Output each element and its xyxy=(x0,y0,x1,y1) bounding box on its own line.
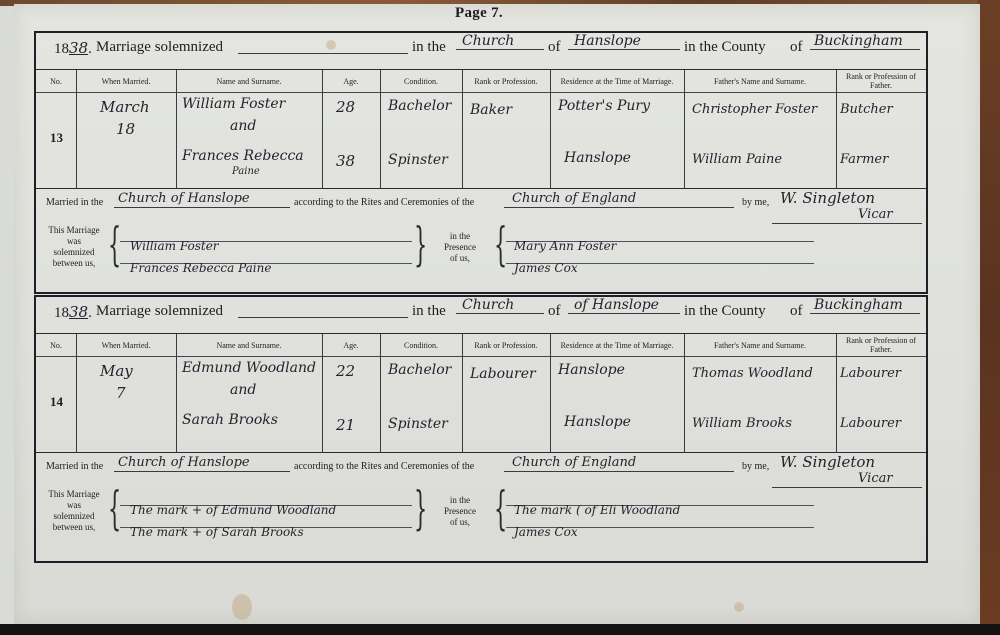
column-header: No. xyxy=(36,70,76,92)
county: Buckingham xyxy=(814,297,903,313)
column-divider xyxy=(176,70,177,188)
groom-condition: Bachelor xyxy=(388,98,451,114)
married-in-value: Church of Hanslope xyxy=(118,455,250,470)
column-header: Father's Name and Surname. xyxy=(684,334,836,356)
married-in-label: Married in the xyxy=(46,461,103,472)
column-header: Condition. xyxy=(380,70,462,92)
witness-2: James Cox xyxy=(514,525,578,539)
groom-father-rank: Labourer xyxy=(840,366,901,381)
solemnized-line xyxy=(238,37,408,54)
column-divider xyxy=(462,70,463,188)
witness-1: The mark ( of Eli Woodland xyxy=(514,503,680,517)
bride-father-name: William Brooks xyxy=(692,416,792,431)
column-divider xyxy=(322,70,323,188)
party-line-1: William Foster xyxy=(120,241,412,242)
entry-table: No.When Married.Name and Surname.Age.Con… xyxy=(36,333,926,334)
married-in-field: Church of Hanslope xyxy=(114,191,290,208)
bride-residence: Hanslope xyxy=(564,414,631,430)
column-divider xyxy=(76,334,77,452)
parish-line: of Hanslope xyxy=(568,297,680,314)
column-header: Age. xyxy=(322,334,380,356)
groom-rank: Baker xyxy=(470,102,512,118)
married-in-line: Married in the Church of Hanslope accord… xyxy=(36,189,926,215)
solemnized-label: Marriage solemnized xyxy=(96,303,223,320)
place-type: Church xyxy=(462,33,514,49)
column-header: Residence at the Time of Marriage. xyxy=(550,334,684,356)
entry-year: 1838. xyxy=(54,39,92,58)
party-line-1: The mark + of Edmund Woodland xyxy=(120,505,412,506)
column-header: When Married. xyxy=(76,334,176,356)
witness-brace: { xyxy=(494,485,507,531)
when-married-day: 7 xyxy=(116,384,126,402)
between-us-label: This Marriagewassolemnizedbetween us, xyxy=(40,489,108,533)
officiant-line: Vicar xyxy=(772,471,922,488)
entry-number: 14 xyxy=(50,394,63,410)
marriage-entry: 1838. Marriage solemnized in the Church … xyxy=(34,295,928,563)
witness-line-2: James Cox xyxy=(506,263,814,264)
column-divider xyxy=(684,334,685,452)
officiant-name: W. Singleton xyxy=(780,453,875,471)
paper-stain xyxy=(232,594,252,620)
witness-line-1: Mary Ann Foster xyxy=(506,241,814,242)
rites-value: Church of England xyxy=(512,191,636,206)
column-header: Age. xyxy=(322,70,380,92)
officiant-title: Vicar xyxy=(858,207,893,222)
groom-name: William Foster xyxy=(182,96,285,112)
table-row: 13 March 18 William Foster and Frances R… xyxy=(36,92,926,189)
groom-father-name: Thomas Woodland xyxy=(692,366,813,381)
solemnized-line xyxy=(238,301,408,318)
parish: Hanslope xyxy=(574,33,641,49)
entry-number: 13 xyxy=(50,130,63,146)
bride-name: Sarah Brooks xyxy=(182,412,278,428)
column-divider xyxy=(76,70,77,188)
groom-residence: Hanslope xyxy=(558,362,625,378)
witness-line-1: The mark ( of Eli Woodland xyxy=(506,505,814,506)
witness-1: Mary Ann Foster xyxy=(514,239,616,253)
in-the-label: in the xyxy=(412,39,446,56)
column-divider xyxy=(550,70,551,188)
married-in-field: Church of Hanslope xyxy=(114,455,290,472)
county-of-label: of xyxy=(790,303,803,320)
column-header: Rank or Profession. xyxy=(462,70,550,92)
column-divider xyxy=(684,70,685,188)
entry-header: 1838. Marriage solemnized in the Church … xyxy=(36,33,926,69)
county-label: in the County xyxy=(684,39,766,56)
party-2: Frances Rebecca Paine xyxy=(130,261,271,275)
table-row: 14 May 7 Edmund Woodland and Sarah Brook… xyxy=(36,356,926,453)
when-married-month: May xyxy=(100,362,133,380)
county-line: Buckingham xyxy=(810,33,920,50)
presence-label: in thePresenceof us, xyxy=(430,231,490,264)
rites-field: Church of England xyxy=(504,455,734,472)
officiant-name: W. Singleton xyxy=(780,189,875,207)
column-header: Rank or Profession of Father. xyxy=(836,334,926,356)
groom-age: 22 xyxy=(336,362,355,380)
and-label: and xyxy=(230,118,256,134)
column-header: Condition. xyxy=(380,334,462,356)
married-in-label: Married in the xyxy=(46,197,103,208)
left-brace: { xyxy=(108,485,121,531)
left-brace: { xyxy=(108,221,121,267)
column-header: Name and Surname. xyxy=(176,70,322,92)
column-header: When Married. xyxy=(76,70,176,92)
groom-name: Edmund Woodland xyxy=(182,360,316,376)
between-us-label: This Marriagewassolemnizedbetween us, xyxy=(40,225,108,269)
officiant-line: Vicar xyxy=(772,207,922,224)
bride-name-line2: Paine xyxy=(232,166,260,177)
county: Buckingham xyxy=(814,33,903,49)
right-brace: } xyxy=(414,221,427,267)
bride-age: 38 xyxy=(336,152,355,170)
witness-brace: { xyxy=(494,221,507,267)
right-brace: } xyxy=(414,485,427,531)
column-divider xyxy=(380,334,381,452)
party-2: The mark + of Sarah Brooks xyxy=(130,525,304,539)
groom-father-rank: Butcher xyxy=(840,102,893,117)
officiant-title: Vicar xyxy=(858,471,893,486)
parish-line: Hanslope xyxy=(568,33,680,50)
column-header: Residence at the Time of Marriage. xyxy=(550,70,684,92)
column-header: Name and Surname. xyxy=(176,334,322,356)
married-in-value: Church of Hanslope xyxy=(118,191,250,206)
county-of-label: of xyxy=(790,39,803,56)
by-me-label: by me, xyxy=(742,461,769,472)
of-label: of xyxy=(548,39,561,56)
groom-father-name: Christopher Foster xyxy=(692,102,817,117)
bride-father-name: William Paine xyxy=(692,152,782,167)
witness-line-2: James Cox xyxy=(506,527,814,528)
bride-father-rank: Labourer xyxy=(840,416,901,431)
column-divider xyxy=(462,334,463,452)
column-header: Father's Name and Surname. xyxy=(684,70,836,92)
party-line-2: The mark + of Sarah Brooks xyxy=(120,527,412,528)
rites-label: according to the Rites and Ceremonies of… xyxy=(294,197,474,208)
bride-name: Frances Rebecca xyxy=(182,148,304,164)
of-label: of xyxy=(548,303,561,320)
entry-year: 1838. xyxy=(54,303,92,322)
witness-2: James Cox xyxy=(514,261,578,275)
bride-father-rank: Farmer xyxy=(840,152,888,167)
groom-residence: Potter's Pury xyxy=(558,98,650,114)
solemnized-label: Marriage solemnized xyxy=(96,39,223,56)
column-divider xyxy=(322,334,323,452)
underlying-page-edge xyxy=(0,6,15,624)
party-1: The mark + of Edmund Woodland xyxy=(130,503,336,517)
by-me-label: by me, xyxy=(742,197,769,208)
in-the-label: in the xyxy=(412,303,446,320)
bride-age: 21 xyxy=(336,416,355,434)
place-type: Church xyxy=(462,297,514,313)
county-label: in the County xyxy=(684,303,766,320)
page-number: Page 7. xyxy=(455,5,503,22)
entry-header: 1838. Marriage solemnized in the Church … xyxy=(36,297,926,333)
marriage-entry: 1838. Marriage solemnized in the Church … xyxy=(34,31,928,294)
party-1: William Foster xyxy=(130,239,219,253)
column-header: Rank or Profession of Father. xyxy=(836,70,926,92)
column-divider xyxy=(176,334,177,452)
bride-condition: Spinster xyxy=(388,416,448,432)
rites-field: Church of England xyxy=(504,191,734,208)
column-divider xyxy=(836,334,837,452)
column-header: Rank or Profession. xyxy=(462,334,550,356)
place-type-line: Church xyxy=(456,297,544,314)
bride-residence: Hanslope xyxy=(564,150,631,166)
table-header: No.When Married.Name and Surname.Age.Con… xyxy=(36,334,926,357)
bride-condition: Spinster xyxy=(388,152,448,168)
place-type-line: Church xyxy=(456,33,544,50)
groom-age: 28 xyxy=(336,98,355,116)
county-line: Buckingham xyxy=(810,297,920,314)
entry-table: No.When Married.Name and Surname.Age.Con… xyxy=(36,69,926,70)
party-line-2: Frances Rebecca Paine xyxy=(120,263,412,264)
when-married-day: 18 xyxy=(116,120,135,138)
presence-label: in thePresenceof us, xyxy=(430,495,490,528)
and-label: and xyxy=(230,382,256,398)
column-divider xyxy=(836,70,837,188)
rites-label: according to the Rites and Ceremonies of… xyxy=(294,461,474,472)
when-married-month: March xyxy=(100,98,150,116)
groom-rank: Labourer xyxy=(470,366,536,382)
column-divider xyxy=(380,70,381,188)
wood-background-right xyxy=(978,0,1000,635)
paper-stain xyxy=(734,602,744,612)
column-header: No. xyxy=(36,334,76,356)
book-bottom-edge xyxy=(0,624,1000,635)
rites-value: Church of England xyxy=(512,455,636,470)
table-header: No.When Married.Name and Surname.Age.Con… xyxy=(36,70,926,93)
column-divider xyxy=(550,334,551,452)
groom-condition: Bachelor xyxy=(388,362,451,378)
parish: of Hanslope xyxy=(574,297,659,313)
married-in-line: Married in the Church of Hanslope accord… xyxy=(36,453,926,479)
